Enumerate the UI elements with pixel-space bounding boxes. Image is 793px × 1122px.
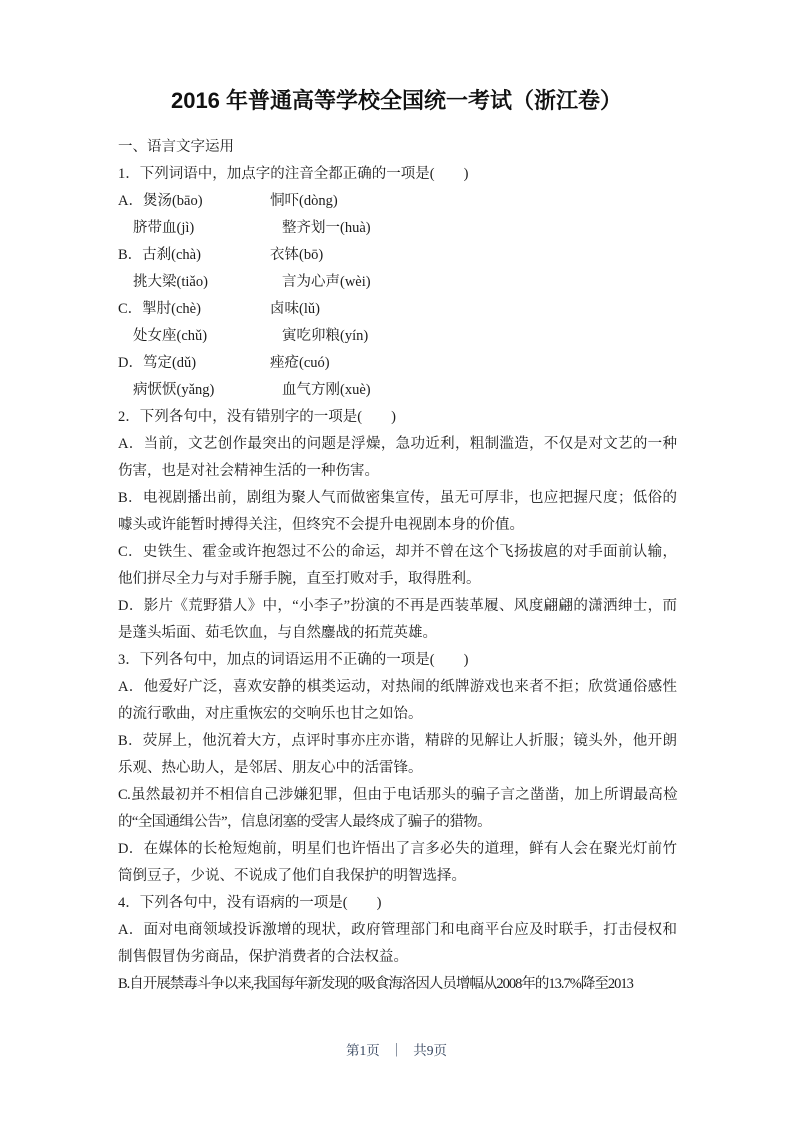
pinyin-word: 整齐划一(huà) [282,215,371,242]
pinyin-word: C．掣肘(chè) [118,296,270,323]
pinyin-row-a1: A．煲汤(bāo) 恫吓(dòng) [118,188,677,215]
pinyin-word: 挑大梁(tiǎo) [133,269,282,296]
current-page-label: 第1页 [346,1043,380,1058]
page-footer: 第1页｜共9页 [0,1041,793,1061]
pinyin-word: A．煲汤(bāo) [118,188,270,215]
footer-separator: ｜ [390,1041,404,1061]
pinyin-row-c2: 处女座(chǔ) 寅吃卯粮(yín) [118,323,677,350]
exam-content: 一、语言文字运用 1．下列词语中，加点字的注音全都正确的一项是( ) A．煲汤(… [118,134,677,998]
page-title: 2016 年普通高等学校全国统一考试（浙江卷） [0,86,793,116]
pinyin-word: 言为心声(wèi) [282,269,371,296]
section-heading: 一、语言文字运用 [118,134,677,161]
pinyin-word: 寅吃卯粮(yín) [282,323,368,350]
pinyin-word: 恫吓(dòng) [270,188,338,215]
pinyin-word: 痤疮(cuó) [270,350,330,377]
question-2-option-b: B．电视剧播出前，剧组为聚人气而做密集宣传，虽无可厚非，也应把握尺度；低俗的噱头… [118,485,677,539]
question-1-stem: 1．下列词语中，加点字的注音全都正确的一项是( ) [118,161,677,188]
pinyin-word: 血气方刚(xuè) [282,377,371,404]
pinyin-word: 处女座(chǔ) [133,323,282,350]
pinyin-word: 卤味(lǔ) [270,296,320,323]
pinyin-row-b2: 挑大梁(tiǎo) 言为心声(wèi) [118,269,677,296]
pinyin-row-b1: B．古刹(chà) 衣钵(bō) [118,242,677,269]
question-2-option-a: A．当前，文艺创作最突出的问题是浮燥，急功近利，粗制滥造，不仅是对文艺的一种伤害… [118,431,677,485]
question-4-option-b: B.自开展禁毒斗争以来,我国每年新发现的吸食海洛因人员增幅从2008年的13.7… [118,971,677,998]
pinyin-word: 衣钵(bō) [270,242,323,269]
question-4-stem: 4．下列各句中，没有语病的一项是( ) [118,890,677,917]
question-2-stem: 2．下列各句中，没有错别字的一项是( ) [118,404,677,431]
pinyin-row-c1: C．掣肘(chè) 卤味(lǔ) [118,296,677,323]
pinyin-row-a2: 脐带血(jì) 整齐划一(huà) [118,215,677,242]
question-3-option-c: C.虽然最初并不相信自己涉嫌犯罪，但由于电话那头的骗子言之凿凿，加上所谓最高检的… [118,782,677,836]
question-3-option-a: A．他爱好广泛，喜欢安静的棋类运动，对热闹的纸牌游戏也来者不拒；欣赏通俗感性的流… [118,674,677,728]
question-3-option-b: B．荧屏上，他沉着大方，点评时事亦庄亦谐，精辟的见解让人折服；镜头外，他开朗乐观… [118,728,677,782]
pinyin-word: B．古刹(chà) [118,242,270,269]
question-3-option-d: D．在媒体的长枪短炮前，明星们也许悟出了言多必失的道理，鲜有人会在聚光灯前竹筒倒… [118,836,677,890]
question-3-stem: 3．下列各句中，加点的词语运用不正确的一项是( ) [118,647,677,674]
pinyin-row-d2: 病恹恹(yǎng) 血气方刚(xuè) [118,377,677,404]
question-4-option-a: A．面对电商领域投诉激增的现状，政府管理部门和电商平台应及时联手，打击侵权和制售… [118,917,677,971]
pinyin-row-d1: D．笃定(dǔ) 痤疮(cuó) [118,350,677,377]
pinyin-word: 脐带血(jì) [133,215,282,242]
question-2-option-d: D．影片《荒野猎人》中，“小李子”扮演的不再是西装革履、风度翩翩的潇洒绅士，而是… [118,593,677,647]
question-2-option-c: C．史铁生、霍金或许抱怨过不公的命运，却并不曾在这个飞扬拔扈的对手面前认输，他们… [118,539,677,593]
pinyin-word: 病恹恹(yǎng) [133,377,282,404]
pinyin-word: D．笃定(dǔ) [118,350,270,377]
total-pages-label: 共9页 [413,1043,447,1058]
